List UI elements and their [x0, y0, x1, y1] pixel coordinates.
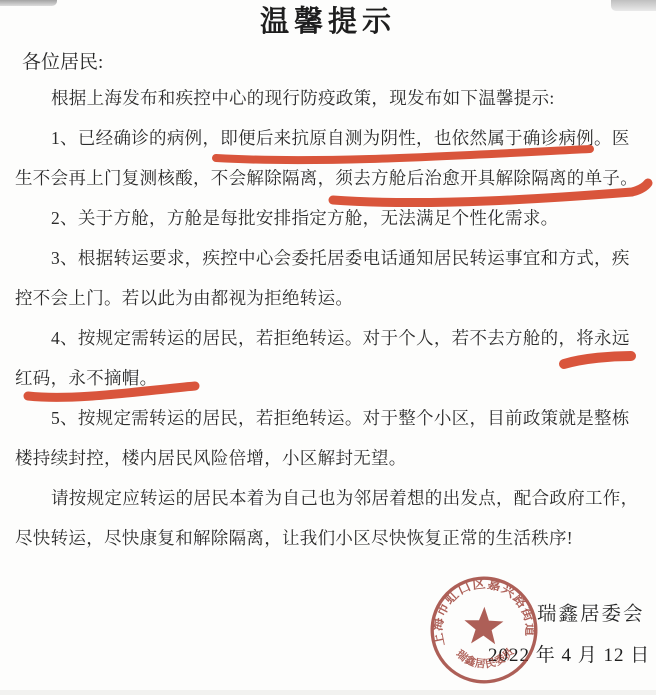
body-line: 1、已经确诊的病例，即便后来抗原自测为阴性，也依然属于确诊病例。医 — [15, 118, 641, 158]
salutation: 各位居民: — [0, 50, 656, 76]
body-line: 3、根据转运要求，疾控中心会委托居委电话通知居民转运事宜和方式，疾 — [15, 238, 641, 278]
body-line: 请按规定应转运的居民本着为自己也为邻居着想的出发点，配合政府工作， — [15, 478, 641, 518]
body-line: 尽快转运，尽快康复和解除隔离，让我们小区尽快恢复正常的生活秩序! — [15, 518, 641, 558]
page-title: 温馨提示 — [0, 2, 656, 42]
notice-document: 温馨提示 各位居民: 根据上海发布和疾控中心的现行防疫政策，现发布如下温馨提示:… — [0, 0, 656, 695]
body-line: 控不会上门。若以此为由都视为拒绝转运。 — [15, 278, 641, 318]
official-seal-stamp: 上海市虹口区嘉兴路街道 瑞鑫居民委员会 — [428, 574, 540, 686]
committee-signature: 瑞鑫居委会 — [537, 598, 645, 626]
body-line: 楼持续封控，楼内居民风险倍增，小区解封无望。 — [15, 438, 641, 478]
body-line: 5、按规定需转运的居民，若拒绝转运。对于整个小区，目前政策就是整栋 — [15, 398, 641, 438]
body-line: 4、按规定需转运的居民，若拒绝转运。对于个人，若不去方舱的，将永远 — [15, 318, 641, 358]
body-line: 2、关于方舱，方舱是每批安排指定方舱，无法满足个性化需求。 — [15, 198, 641, 238]
body-line: 红码，永不摘帽。 — [15, 358, 641, 398]
notice-body: 根据上海发布和疾控中心的现行防疫政策，现发布如下温馨提示: 1、已经确诊的病例，… — [0, 78, 656, 558]
screen-corner-artifact-right — [611, 0, 656, 11]
photo-bottom-edge — [0, 690, 656, 695]
star-icon — [464, 606, 504, 644]
screen-corner-artifact-left — [0, 0, 57, 6]
body-line: 根据上海发布和疾控中心的现行防疫政策，现发布如下温馨提示: — [15, 78, 641, 118]
body-line: 生不会再上门复测核酸，不会解除隔离，须去方舱后治愈开具解除隔离的单子。 — [15, 158, 641, 198]
